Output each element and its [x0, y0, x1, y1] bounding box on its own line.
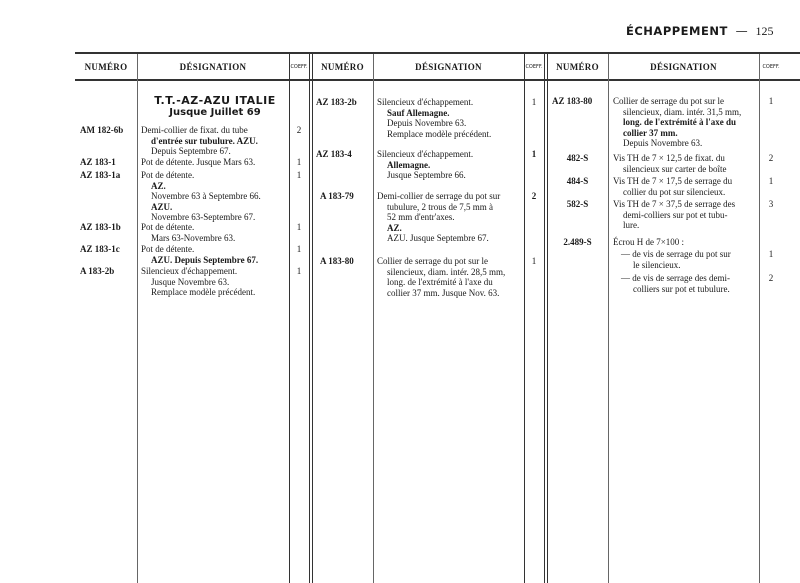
- table-top-rule: [75, 52, 800, 54]
- part-coeff: 1: [524, 97, 544, 108]
- header-numero: NUMÉRO: [547, 56, 608, 78]
- part-designation: Vis TH de 7 × 12,5 de fixat. du silencie…: [613, 153, 758, 174]
- part-designation: Pot de détente. AZ. Novembre 63 à Septem…: [141, 170, 286, 223]
- header-coeff: COEFF.: [524, 56, 544, 78]
- part-coeff: 1: [289, 157, 309, 168]
- part-number: A 183-2b: [80, 266, 114, 277]
- column-divider: [759, 54, 760, 583]
- part-coeff: 1: [289, 244, 309, 255]
- part-coeff: 2: [761, 273, 781, 284]
- part-designation: Silencieux d'échappement. Jusque Novembr…: [141, 266, 286, 298]
- part-coeff: 1: [289, 266, 309, 277]
- column-divider: [373, 54, 374, 583]
- part-designation: Vis TH de 7 × 37,5 de serrage des demi-c…: [613, 199, 758, 231]
- section-title: ÉCHAPPEMENT: [626, 24, 728, 38]
- part-designation: Pot de détente. AZU. Depuis Septembre 67…: [141, 244, 286, 265]
- header-coeff: COEFF.: [289, 56, 309, 78]
- part-number: AZ 183-1c: [80, 244, 120, 255]
- group-heading-title: T.T.-AZ-AZU ITALIE: [140, 94, 290, 107]
- part-coeff: 2: [289, 125, 309, 136]
- part-number: 582-S: [547, 199, 608, 210]
- part-designation: Écrou H de 7×100 :: [613, 237, 758, 248]
- part-number: AZ 183-1: [80, 157, 116, 168]
- part-designation: Vis TH de 7 × 17,5 de serrage du collier…: [613, 176, 758, 197]
- header-coeff: COEFF.: [759, 56, 783, 78]
- header-numero: NUMÉRO: [312, 56, 373, 78]
- part-coeff: 1: [761, 96, 781, 107]
- part-coeff: 1: [524, 256, 544, 267]
- part-coeff: 1: [289, 222, 309, 233]
- part-designation: Demi-collier de fixat. du tube d'entrée …: [141, 125, 286, 157]
- column-divider: [309, 54, 310, 583]
- part-coeff: 1: [761, 176, 781, 187]
- part-coeff: 2: [761, 153, 781, 164]
- page-header: ÉCHAPPEMENT — 125: [626, 24, 773, 39]
- part-designation: Silencieux d'échappement. Sauf Allemagne…: [377, 97, 522, 139]
- page-number: 125: [755, 24, 773, 38]
- column-divider: [547, 54, 548, 583]
- part-designation-subitem: — de vis de serrage du pot sur le silenc…: [621, 249, 758, 270]
- column-divider: [608, 54, 609, 583]
- part-coeff: 3: [761, 199, 781, 210]
- group-heading: T.T.-AZ-AZU ITALIE Jusque Juillet 69: [140, 94, 290, 118]
- part-number: A 183-79: [320, 191, 354, 202]
- part-designation: Pot de détente. Mars 63-Novembre 63.: [141, 222, 286, 243]
- part-coeff: 1: [761, 249, 781, 260]
- part-coeff: 2: [524, 191, 544, 202]
- header-designation: DÉSIGNATION: [608, 56, 759, 78]
- part-designation: Pot de détente. Jusque Mars 63.: [141, 157, 286, 168]
- part-number: AZ 183-2b: [316, 97, 357, 108]
- part-designation: Collier de serrage du pot sur le silenci…: [613, 96, 758, 149]
- part-number: A 183-80: [320, 256, 354, 267]
- part-coeff: 1: [289, 170, 309, 181]
- part-designation-subitem: — de vis de serrage des demi- colliers s…: [621, 273, 758, 294]
- part-number: AM 182-6b: [80, 125, 123, 136]
- header-numero: NUMÉRO: [75, 56, 137, 78]
- part-designation: Collier de serrage du pot sur le silenci…: [377, 256, 522, 298]
- column-divider: [544, 54, 545, 583]
- group-heading-subtitle: Jusque Juillet 69: [140, 107, 290, 118]
- part-number: 2.489-S: [547, 237, 608, 248]
- part-designation: Silencieux d'échappement. Allemagne. Jus…: [377, 149, 522, 181]
- part-number: AZ 183-1a: [80, 170, 120, 181]
- header-dash: —: [736, 24, 748, 38]
- table-header-rule: [75, 79, 800, 81]
- column-divider: [312, 54, 313, 583]
- column-divider: [137, 54, 138, 583]
- part-number: AZ 183-1b: [80, 222, 121, 233]
- part-coeff: 1: [524, 149, 544, 160]
- part-number: AZ 183-4: [316, 149, 352, 160]
- part-number: 482-S: [547, 153, 608, 164]
- part-number: AZ 183-80: [552, 96, 592, 107]
- part-designation: Demi-collier de serrage du pot sur tubul…: [377, 191, 522, 244]
- column-divider: [524, 54, 525, 583]
- header-designation: DÉSIGNATION: [137, 56, 289, 78]
- part-number: 484-S: [547, 176, 608, 187]
- header-designation: DÉSIGNATION: [373, 56, 524, 78]
